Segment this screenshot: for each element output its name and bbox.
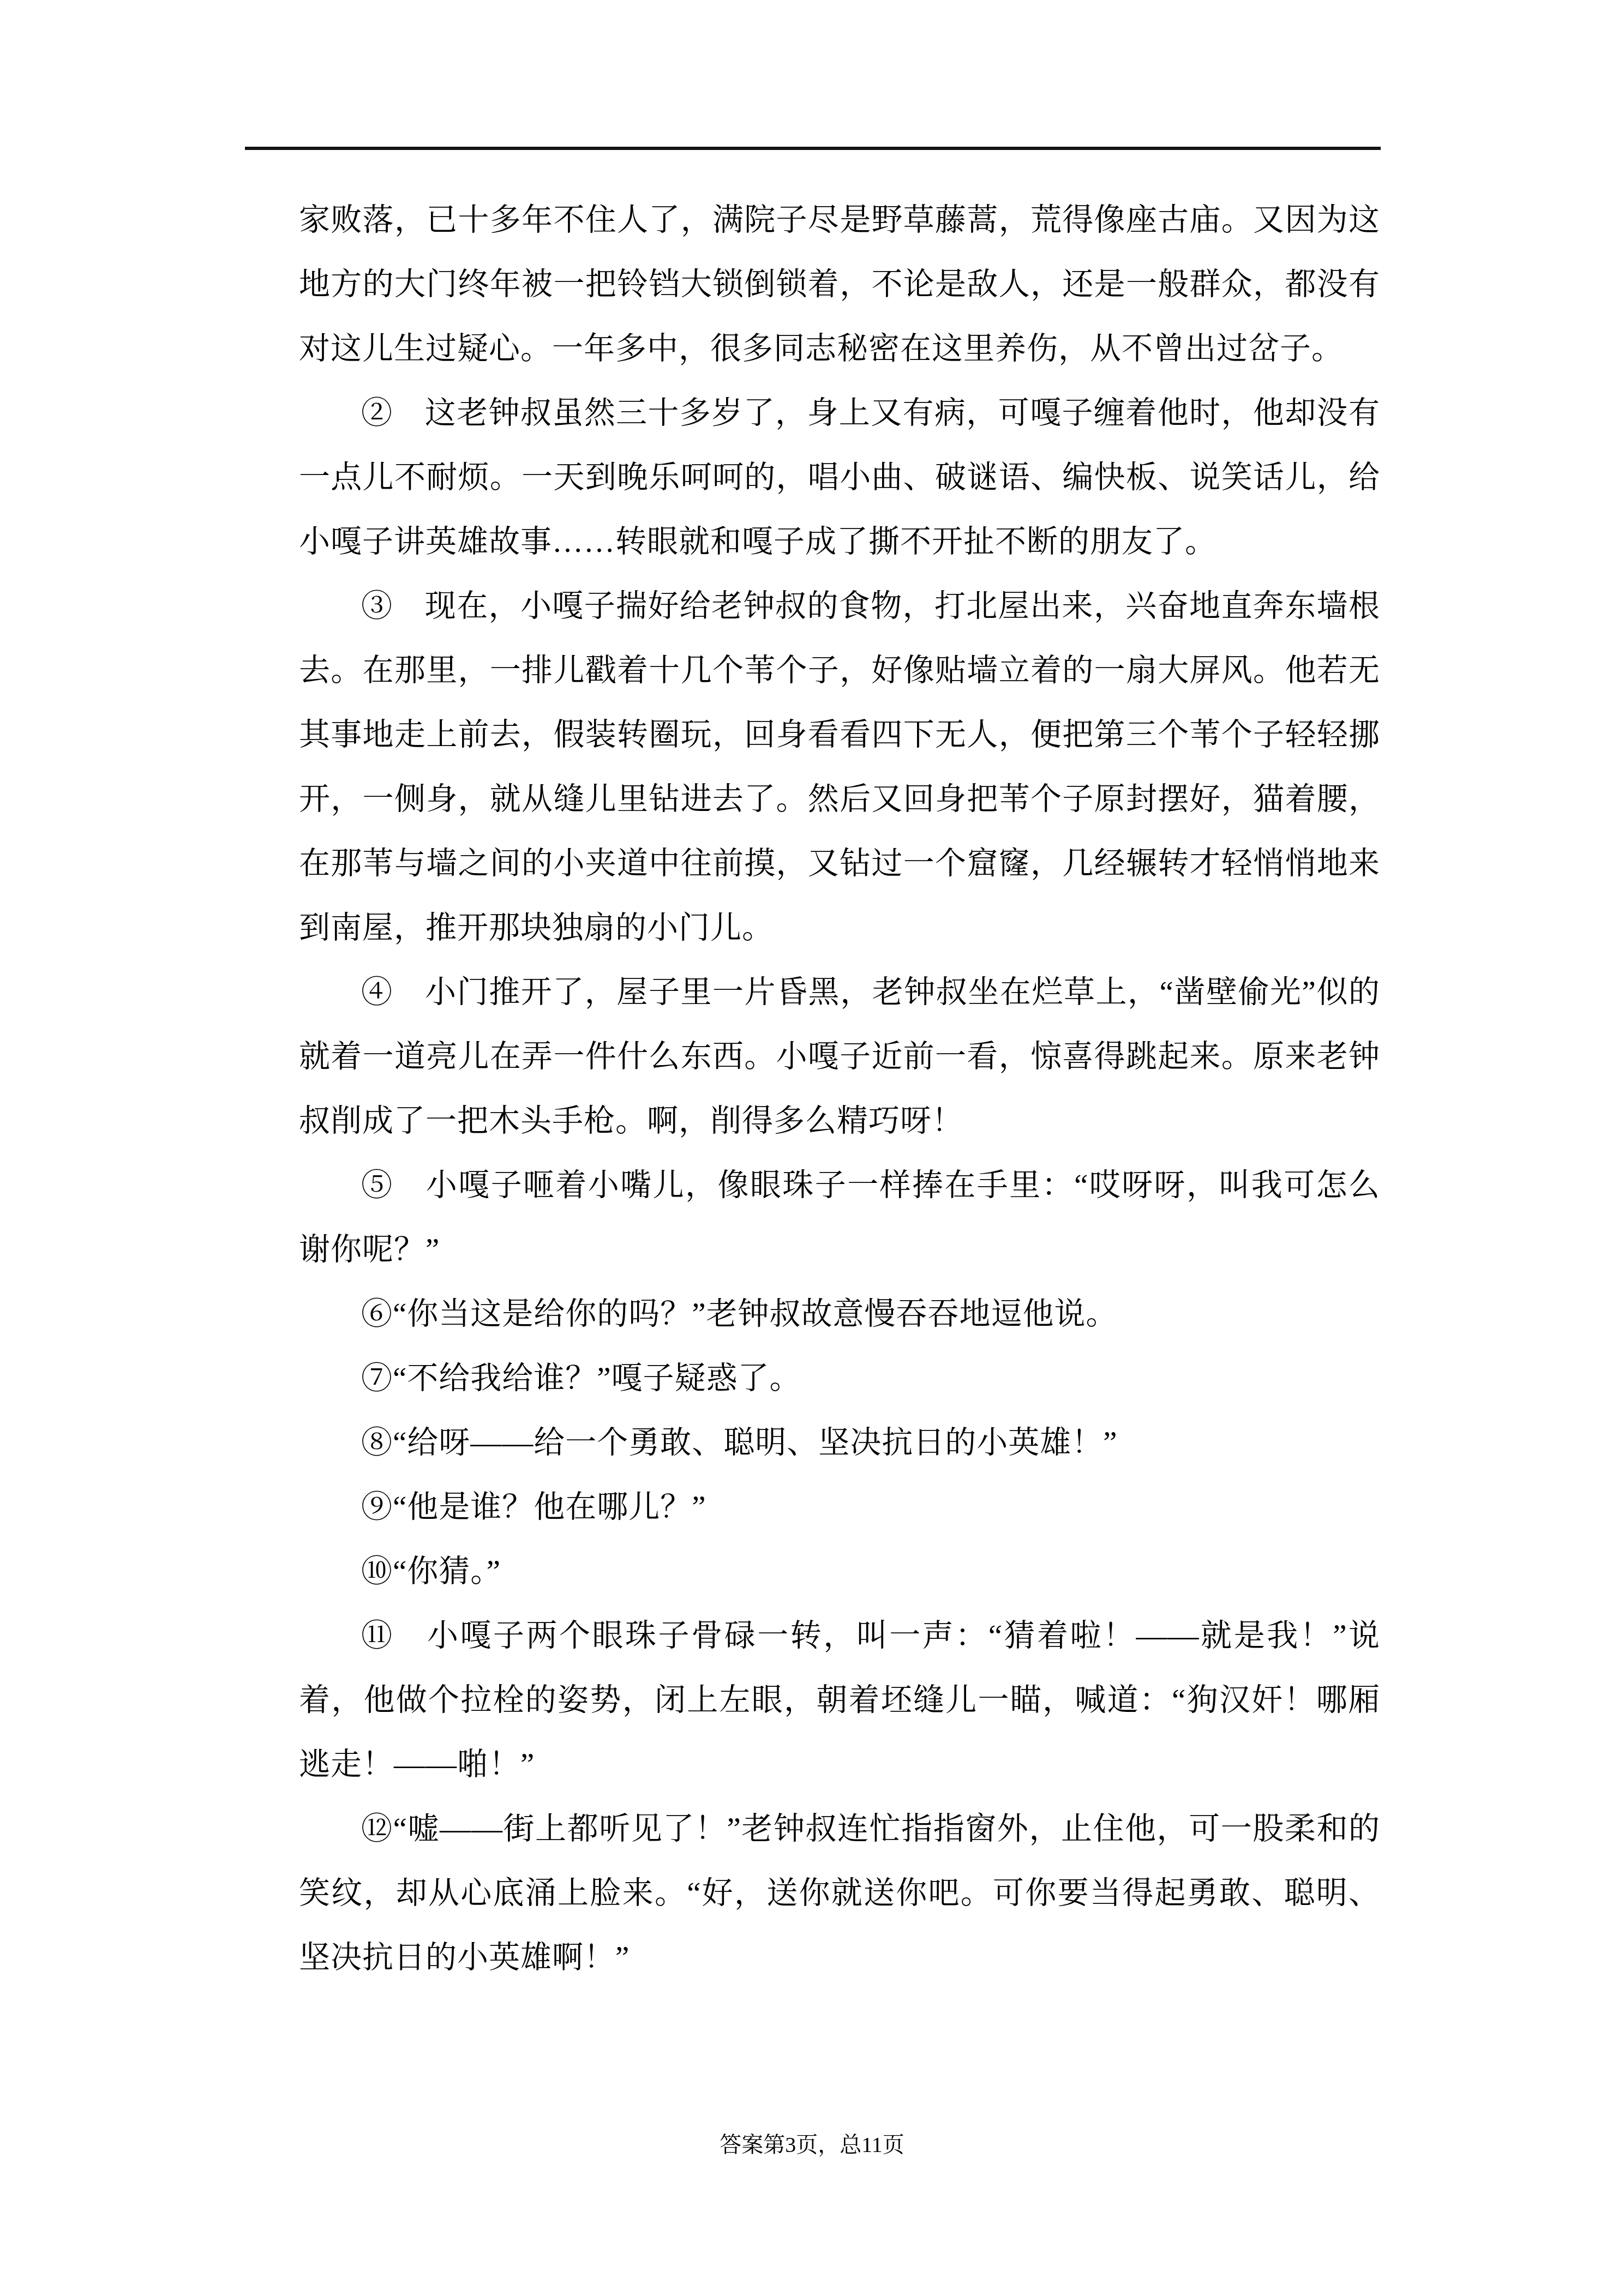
header-rule — [245, 147, 1381, 150]
paragraph-8: ⑧“给呀——给一个勇敢、聪明、坚决抗日的小英雄！” — [299, 1411, 1380, 1475]
paragraph-4: ④ 小门推开了，屋子里一片昏黑，老钟叔坐在烂草上，“凿壁偷光”似的就着一道亮儿在… — [299, 960, 1380, 1153]
document-body: 家败落，已十多年不住人了，满院子尽是野草藤蒿，荒得像座古庙。又因为这地方的大门终… — [299, 188, 1380, 1990]
paragraph-6: ⑥“你当这是给你的吗？”老钟叔故意慢吞吞地逗他说。 — [299, 1282, 1380, 1347]
paragraph-9: ⑨“他是谁？他在哪儿？” — [299, 1475, 1380, 1540]
document-page: 家败落，已十多年不住人了，满院子尽是野草藤蒿，荒得像座古庙。又因为这地方的大门终… — [0, 0, 1624, 2296]
paragraph-5: ⑤ 小嘎子咂着小嘴儿，像眼珠子一样捧在手里：“哎呀呀，叫我可怎么谢你呢？” — [299, 1153, 1380, 1282]
paragraph-7: ⑦“不给我给谁？”嘎子疑惑了。 — [299, 1347, 1380, 1411]
paragraph-3: ③ 现在，小嘎子揣好给老钟叔的食物，打北屋出来，兴奋地直奔东墙根去。在那里，一排… — [299, 574, 1380, 960]
page-footer: 答案第3页，总11页 — [0, 2131, 1624, 2159]
paragraph-continuation: 家败落，已十多年不住人了，满院子尽是野草藤蒿，荒得像座古庙。又因为这地方的大门终… — [299, 188, 1380, 381]
paragraph-12: ⑫“嘘——街上都听见了！”老钟叔连忙指指窗外，止住他，可一股柔和的笑纹，却从心底… — [299, 1797, 1380, 1990]
paragraph-11: ⑪ 小嘎子两个眼珠子骨碌一转，叫一声：“猜着啦！——就是我！”说着，他做个拉栓的… — [299, 1604, 1380, 1797]
paragraph-2: ② 这老钟叔虽然三十多岁了，身上又有病，可嘎子缠着他时，他却没有一点儿不耐烦。一… — [299, 381, 1380, 574]
paragraph-10: ⑩“你猜。” — [299, 1540, 1380, 1604]
